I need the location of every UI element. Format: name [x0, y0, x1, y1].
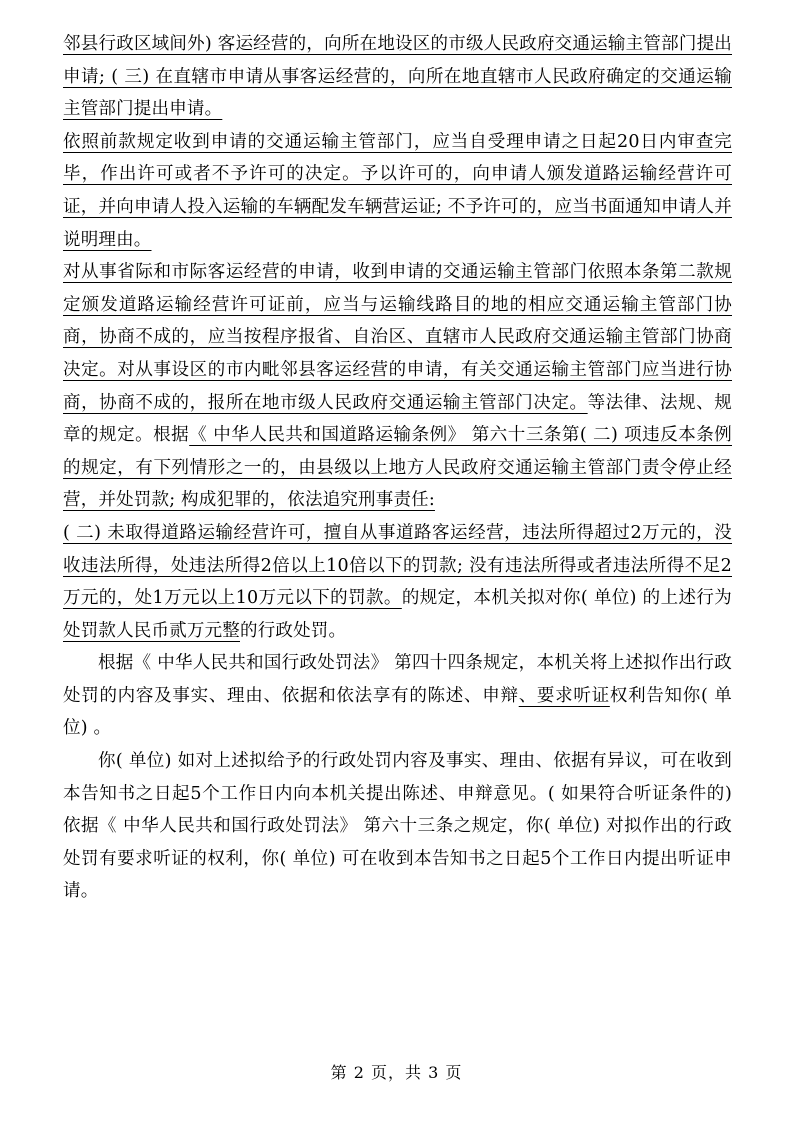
text-segment: 的行政处罚。	[240, 621, 346, 641]
document-page: 邻县行政区域间外) 客运经营的，向所在地设区的市级人民政府交通运输主管部门提出申…	[0, 0, 793, 1122]
page-footer: 第 2 页，共 3 页	[0, 1060, 793, 1083]
text-segment: 你( 单位) 如对上述拟给予的行政处罚内容及事实、理由、依据有异议，可在收到本告…	[63, 751, 732, 901]
underlined-text-segment: 对从事省际和市际客运经营的申请，收到申请的交通运输主管部门依照本条第二款规定颁发…	[63, 262, 732, 412]
underlined-text-segment: 处罚款人民币贰万元整	[63, 621, 240, 641]
document-body: 邻县行政区域间外) 客运经营的，向所在地设区的市级人民政府交通运输主管部门提出申…	[63, 28, 732, 908]
paragraph: 根据《 中华人民共和国行政处罚法》 第四十四条规定，本机关将上述拟作出行政处罚的…	[63, 647, 732, 745]
text-segment: 的规定，本机关拟对你( 单位) 的上述行为	[402, 588, 732, 608]
underlined-text-segment: 依照前款规定收到申请的交通运输主管部门，应当自受理申请之日起20日内审查完毕，作…	[63, 132, 732, 250]
paragraph: 邻县行政区域间外) 客运经营的，向所在地设区的市级人民政府交通运输主管部门提出申…	[63, 28, 732, 126]
paragraph: ( 二) 未取得道路运输经营许可，擅自从事道路客运经营，违法所得超过2万元的，没…	[63, 517, 732, 647]
paragraph: 对从事省际和市际客运经营的申请，收到申请的交通运输主管部门依照本条第二款规定颁发…	[63, 256, 732, 517]
underlined-text-segment: 邻县行政区域间外) 客运经营的，向所在地设区的市级人民政府交通运输主管部门提出申…	[63, 34, 732, 119]
underlined-text-segment: 、要求听证	[519, 686, 610, 706]
paragraph: 依照前款规定收到申请的交通运输主管部门，应当自受理申请之日起20日内审查完毕，作…	[63, 126, 732, 256]
paragraph: 你( 单位) 如对上述拟给予的行政处罚内容及事实、理由、依据有异议，可在收到本告…	[63, 745, 732, 908]
